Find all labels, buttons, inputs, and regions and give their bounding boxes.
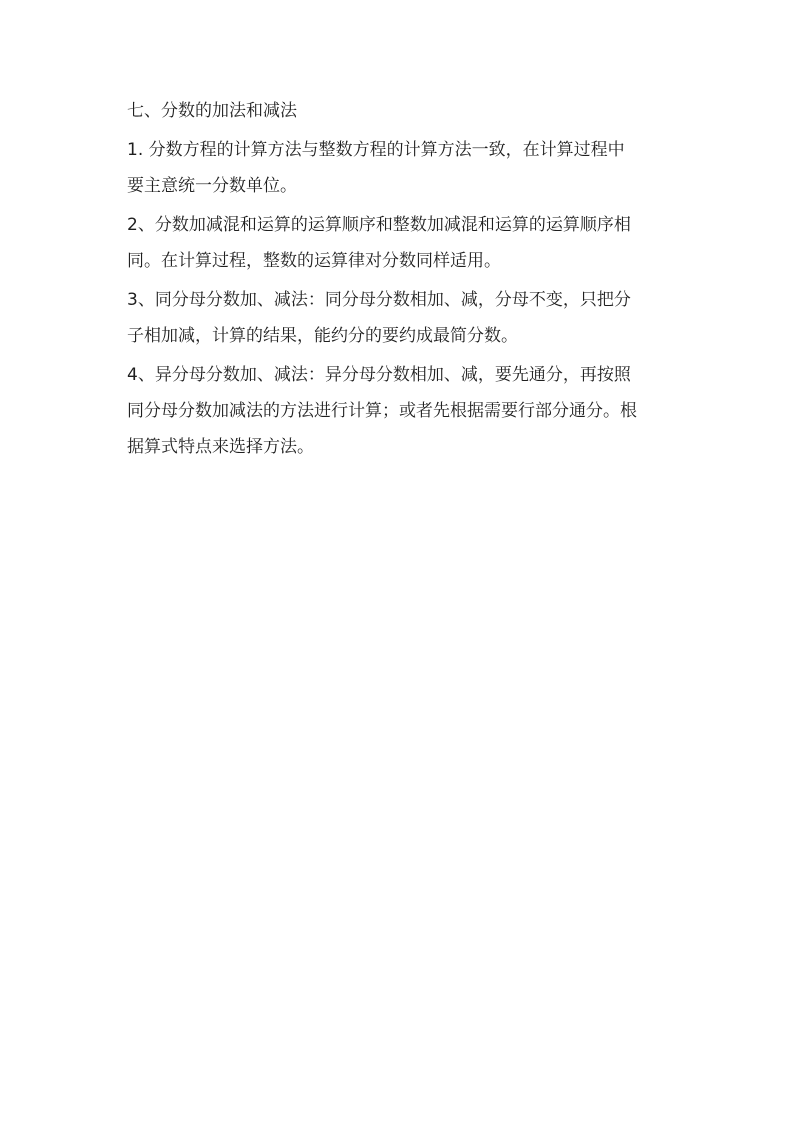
paragraph-2: 2、分数加减混和运算的运算顺序和整数加减混和运算的运算顺序相 同。在计算过程，整…: [127, 207, 687, 279]
document-page: 七、分数的加法和减法 1. 分数方程的计算方法与整数方程的计算方法一致，在计算过…: [0, 0, 793, 1122]
paragraph-4-line-3: 据算式特点来选择方法。: [127, 429, 687, 465]
paragraph-3-line-2: 子相加减，计算的结果，能约分的要约成最简分数。: [127, 318, 687, 354]
document-text-block: 七、分数的加法和减法 1. 分数方程的计算方法与整数方程的计算方法一致，在计算过…: [127, 93, 687, 465]
paragraph-4-line-2: 同分母分数加减法的方法进行计算；或者先根据需要行部分通分。根: [127, 393, 687, 429]
paragraph-1-line-2: 要主意统一分数单位。: [127, 168, 687, 204]
paragraph-4: 4、异分母分数加、减法：异分母分数相加、减，要先通分，再按照 同分母分数加减法的…: [127, 357, 687, 465]
paragraph-3: 3、同分母分数加、减法：同分母分数相加、减，分母不变，只把分 子相加减，计算的结…: [127, 282, 687, 354]
paragraph-4-line-1: 4、异分母分数加、减法：异分母分数相加、减，要先通分，再按照: [127, 357, 687, 393]
paragraph-2-line-2: 同。在计算过程，整数的运算律对分数同样适用。: [127, 243, 687, 279]
paragraph-2-line-1: 2、分数加减混和运算的运算顺序和整数加减混和运算的运算顺序相: [127, 207, 687, 243]
paragraph-1-line-1: 1. 分数方程的计算方法与整数方程的计算方法一致，在计算过程中: [127, 132, 687, 168]
section-heading: 七、分数的加法和减法: [127, 93, 687, 129]
paragraph-1: 1. 分数方程的计算方法与整数方程的计算方法一致，在计算过程中 要主意统一分数单…: [127, 132, 687, 204]
paragraph-3-line-1: 3、同分母分数加、减法：同分母分数相加、减，分母不变，只把分: [127, 282, 687, 318]
